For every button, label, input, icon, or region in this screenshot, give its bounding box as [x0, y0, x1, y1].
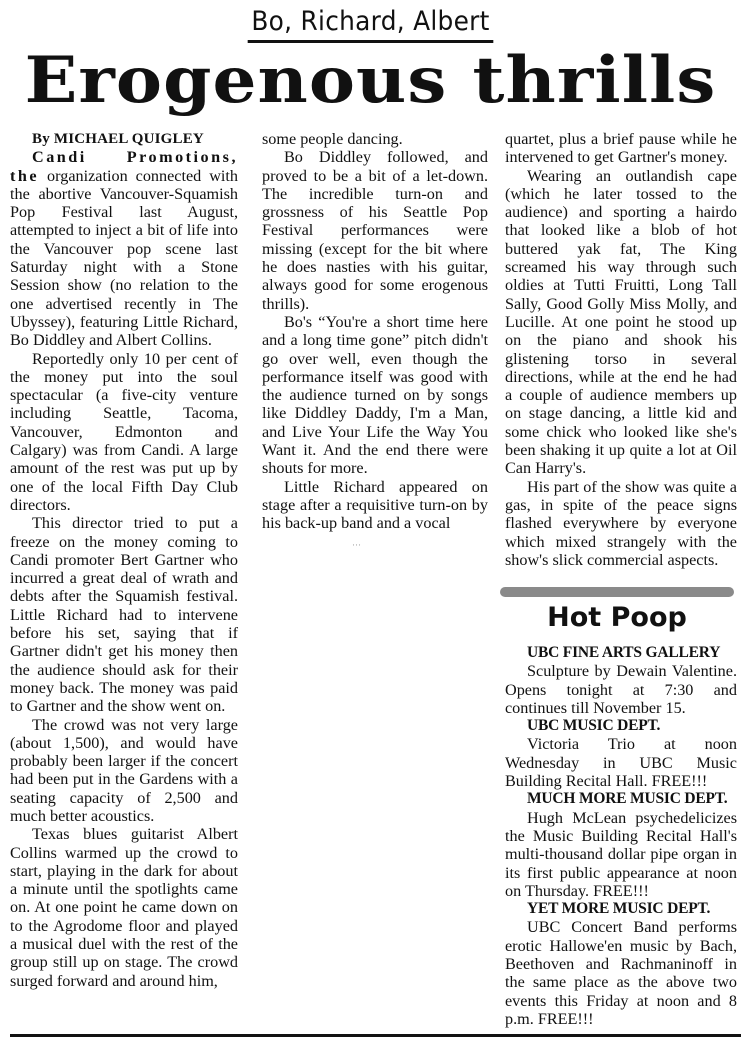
listing-body: Victoria Trio at noon Wednesday in UBC M… — [505, 735, 737, 790]
article-paragraph: quartet, plus a brief pause while he int… — [505, 130, 737, 167]
article-headline: Erogenous thrills — [0, 46, 741, 116]
article-paragraph: His part of the show was quite a gas, in… — [505, 478, 737, 569]
article-paragraph: This director tried to put a freeze on t… — [10, 514, 238, 715]
article-column-2: some people dancing. Bo Diddley followed… — [262, 130, 488, 533]
listing-body: UBC Concert Band performs erotic Hallowe… — [505, 918, 737, 1028]
hot-poop-title: Hot Poop — [500, 600, 734, 636]
article-paragraph: Little Richard appeared on stage after a… — [262, 478, 488, 533]
listing-heading: MUCH MORE MUSIC DEPT. — [505, 790, 737, 808]
hot-poop-divider-bar — [500, 587, 734, 597]
article-paragraph: Bo Diddley followed, and proved to be a … — [262, 148, 488, 313]
listing-heading: UBC FINE ARTS GALLERY — [505, 644, 737, 662]
article-byline: By MICHAEL QUIGLEY — [10, 130, 238, 148]
article-paragraph: Wearing an outlandish cape (which he lat… — [505, 167, 737, 478]
listing-body: Hugh McLean psychedelicizes the Music Bu… — [505, 809, 737, 900]
print-smudge: ··· — [352, 540, 361, 550]
article-paragraph: Reportedly only 10 per cent of the money… — [10, 350, 238, 515]
listing-heading: UBC MUSIC DEPT. — [505, 717, 737, 735]
listing-heading: YET MORE MUSIC DEPT. — [505, 900, 737, 918]
article-paragraph: Candi Promotions, the organization conne… — [10, 148, 238, 349]
hot-poop-listings: UBC FINE ARTS GALLERY Sculpture by Dewai… — [505, 644, 737, 1028]
article-column-3: quartet, plus a brief pause while he int… — [505, 130, 737, 569]
article-paragraph: The crowd was not very large (about 1,50… — [10, 716, 238, 826]
article-paragraph: some people dancing. — [262, 130, 488, 148]
article-column-1: By MICHAEL QUIGLEY Candi Promotions, the… — [10, 130, 238, 990]
article-paragraph: Bo's “You're a short time here and a lon… — [262, 313, 488, 478]
article-kicker: Bo, Richard, Albert — [248, 4, 494, 43]
kicker-container: Bo, Richard, Albert — [0, 4, 741, 43]
listing-body: Sculpture by Dewain Valentine. Opens ton… — [505, 662, 737, 717]
bottom-rule — [10, 1034, 741, 1037]
article-paragraph: Texas blues guitarist Albert Collins war… — [10, 825, 238, 990]
